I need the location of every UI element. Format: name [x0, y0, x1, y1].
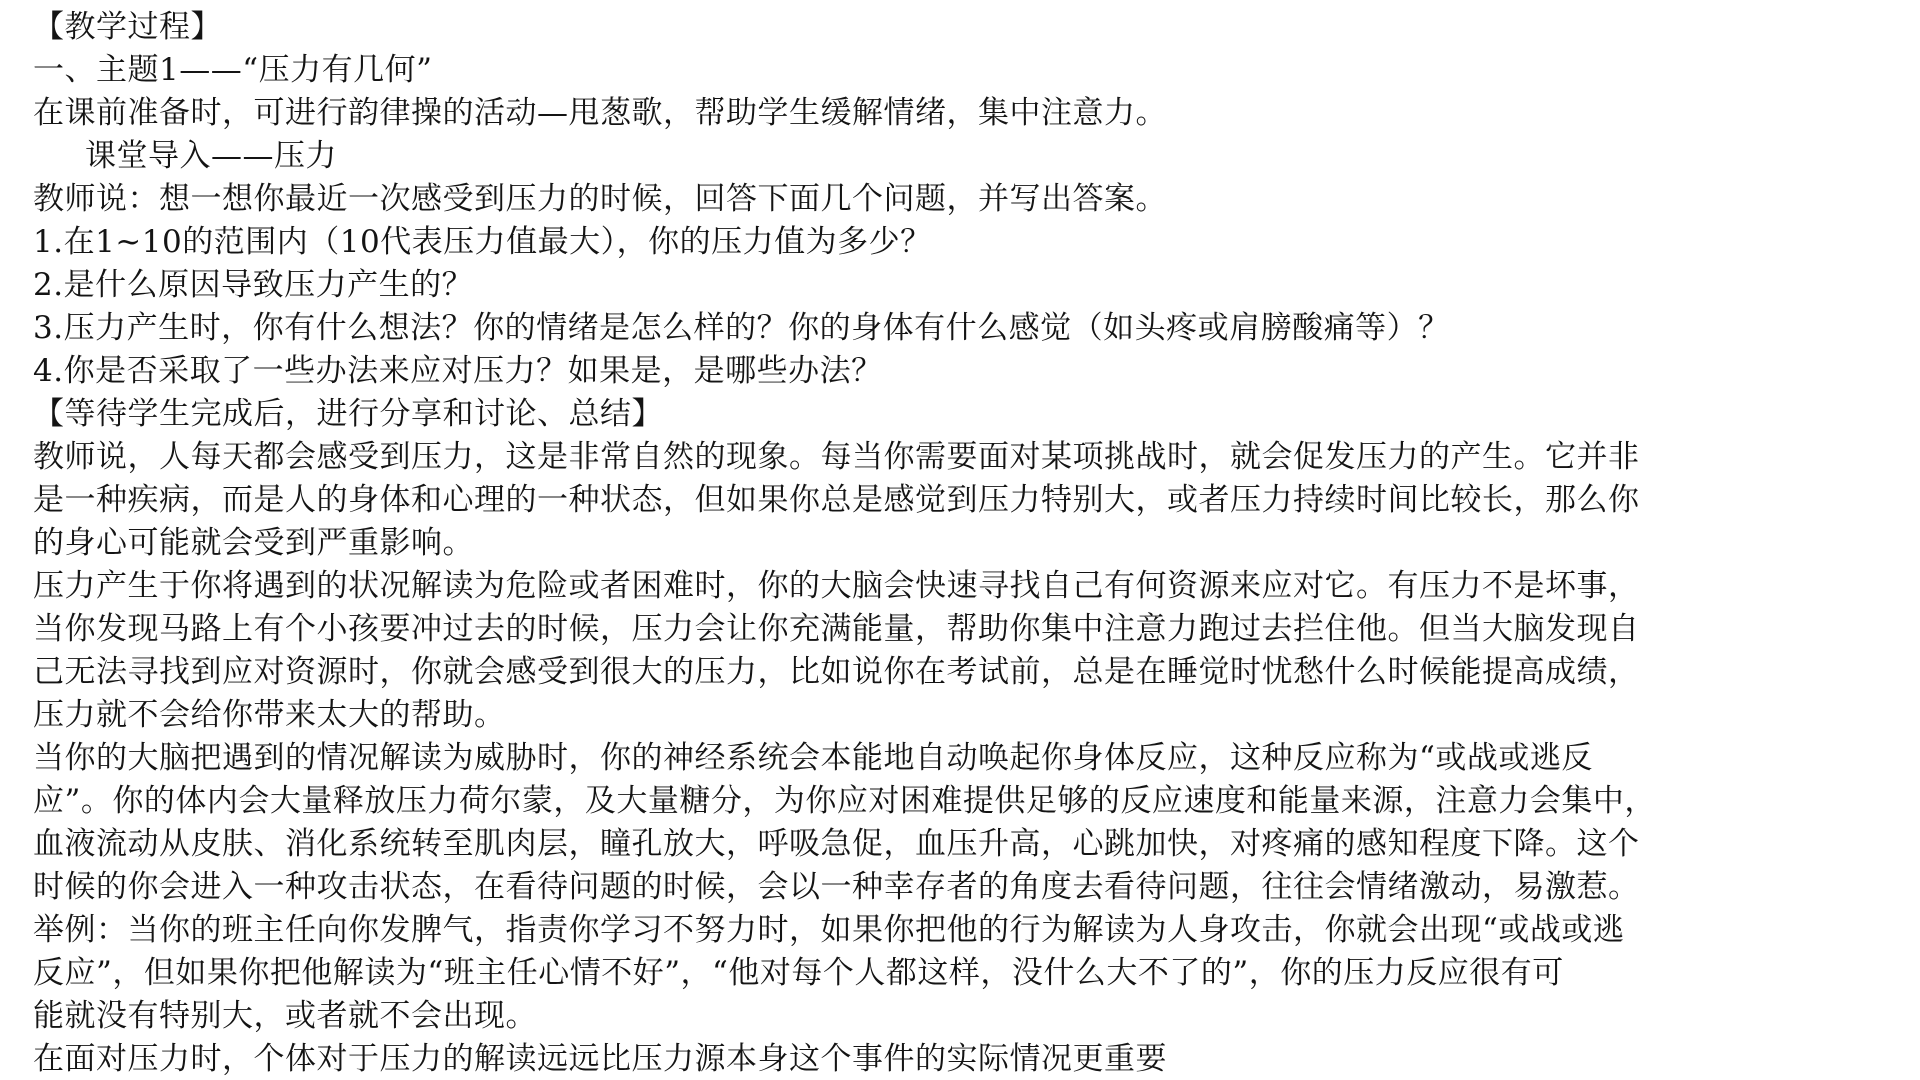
- para-fight-or-flight-line-1: 当你的大脑把遇到的情况解读为威胁时，你的神经系统会本能地自动唤起你身体反应，这种…: [33, 737, 1890, 780]
- para-fight-or-flight-line-2: 应”。你的体内会大量释放压力荷尔蒙，及大量糖分，为你应对困难提供足够的反应速度和…: [33, 780, 1890, 823]
- question-3: 3.压力产生时，你有什么想法？你的情绪是怎么样的？你的身体有什么感觉（如头疼或肩…: [33, 307, 1890, 350]
- section-title-teaching-process: 【教学过程】: [33, 6, 1890, 49]
- question-4: 4.你是否采取了一些办法来应对压力？如果是，是哪些办法？: [33, 350, 1890, 393]
- para-stress-origin-line-3: 己无法寻找到应对资源时，你就会感受到很大的压力，比如说你在考试前，总是在睡觉时忧…: [33, 651, 1890, 694]
- para-interpretation-line-1: 在面对压力时，个体对于压力的解读远远比压力源本身这个事件的实际情况更重要: [33, 1038, 1890, 1080]
- para-fight-or-flight-line-3: 血液流动从皮肤、消化系统转至肌肉层，瞳孔放大，呼吸急促，血压升高，心跳加快，对疼…: [33, 823, 1890, 866]
- lesson-intro-heading: 课堂导入——压力: [33, 135, 1890, 178]
- para-stress-nature-line-1: 教师说，人每天都会感受到压力，这是非常自然的现象。每当你需要面对某项挑战时，就会…: [33, 436, 1890, 479]
- para-fight-or-flight-line-4: 时候的你会进入一种攻击状态，在看待问题的时候，会以一种幸存者的角度去看待问题，往…: [33, 866, 1890, 909]
- facilitation-note: 【等待学生完成后，进行分享和讨论、总结】: [33, 393, 1890, 436]
- para-example-line-1: 举例：当你的班主任向你发脾气，指责你学习不努力时，如果你把他的行为解读为人身攻击…: [33, 909, 1890, 952]
- para-stress-origin-line-4: 压力就不会给你带来太大的帮助。: [33, 694, 1890, 737]
- para-example-line-2: 反应”，但如果你把他解读为“班主任心情不好”，“他对每个人都这样，没什么大不了的…: [33, 952, 1890, 995]
- question-1: 1.在1~10的范围内（10代表压力值最大），你的压力值为多少？: [33, 221, 1890, 264]
- para-example-line-3: 能就没有特别大，或者就不会出现。: [33, 995, 1890, 1038]
- para-stress-origin-line-2: 当你发现马路上有个小孩要冲过去的时候，压力会让你充满能量，帮助你集中注意力跑过去…: [33, 608, 1890, 651]
- theme-1-heading: 一、主题1——“压力有几何”: [33, 49, 1890, 92]
- para-stress-nature-line-2: 是一种疾病，而是人的身体和心理的一种状态，但如果你总是感觉到压力特别大，或者压力…: [33, 479, 1890, 522]
- lesson-plan-document: 【教学过程】 一、主题1——“压力有几何” 在课前准备时，可进行韵律操的活动—甩…: [0, 0, 1920, 1080]
- para-stress-origin-line-1: 压力产生于你将遇到的状况解读为危险或者困难时，你的大脑会快速寻找自己有何资源来应…: [33, 565, 1890, 608]
- teacher-prompt: 教师说：想一想你最近一次感受到压力的时候，回答下面几个问题，并写出答案。: [33, 178, 1890, 221]
- pre-class-preparation-note: 在课前准备时，可进行韵律操的活动—甩葱歌，帮助学生缓解情绪，集中注意力。: [33, 92, 1890, 135]
- para-stress-nature-line-3: 的身心可能就会受到严重影响。: [33, 522, 1890, 565]
- question-2: 2.是什么原因导致压力产生的？: [33, 264, 1890, 307]
